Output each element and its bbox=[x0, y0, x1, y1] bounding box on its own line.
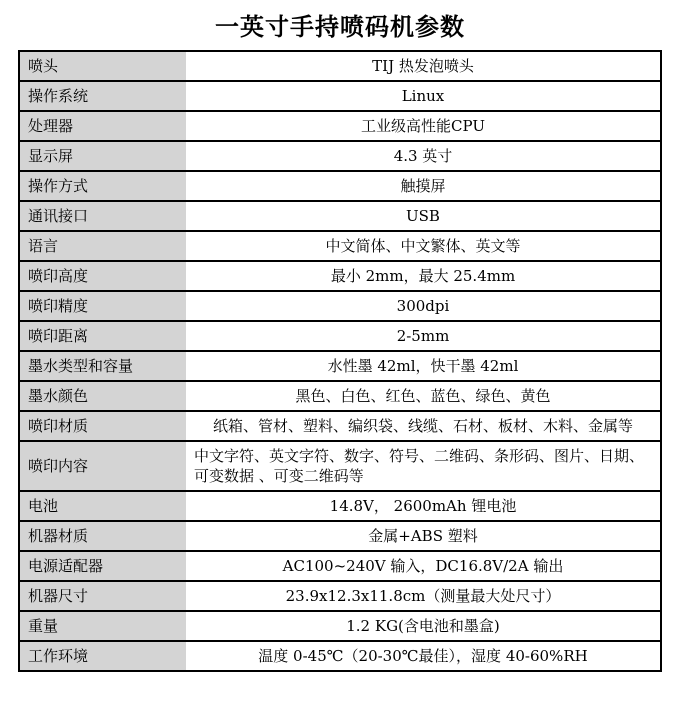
table-row: 喷印距离 2-5mm bbox=[19, 321, 661, 351]
spec-label-cell: 喷印材质 bbox=[19, 411, 186, 441]
spec-value-cell: 14.8V， 2600mAh 锂电池 bbox=[186, 491, 661, 521]
table-row: 喷印材质 纸箱、管材、塑料、编织袋、线缆、石材、板材、木料、金属等 bbox=[19, 411, 661, 441]
spec-label-cell: 通讯接口 bbox=[19, 201, 186, 231]
spec-value-cell: Linux bbox=[186, 81, 661, 111]
spec-label-cell: 喷印精度 bbox=[19, 291, 186, 321]
table-row: 喷印精度 300dpi bbox=[19, 291, 661, 321]
table-row: 电源适配器 AC100~240V 输入，DC16.8V/2A 输出 bbox=[19, 551, 661, 581]
spec-value-cell: 2-5mm bbox=[186, 321, 661, 351]
table-row: 工作环境 温度 0-45℃（20-30℃最佳），湿度 40-60%RH bbox=[19, 641, 661, 671]
spec-label-cell: 墨水颜色 bbox=[19, 381, 186, 411]
table-row: 重量 1.2 KG(含电池和墨盒) bbox=[19, 611, 661, 641]
spec-label-cell: 喷印高度 bbox=[19, 261, 186, 291]
spec-value-cell: 纸箱、管材、塑料、编织袋、线缆、石材、板材、木料、金属等 bbox=[186, 411, 661, 441]
spec-value-cell: 黑色、白色、红色、蓝色、绿色、黄色 bbox=[186, 381, 661, 411]
spec-label-cell: 操作系统 bbox=[19, 81, 186, 111]
spec-label-cell: 喷印距离 bbox=[19, 321, 186, 351]
table-row: 机器材质 金属+ABS 塑料 bbox=[19, 521, 661, 551]
spec-label-cell: 机器尺寸 bbox=[19, 581, 186, 611]
table-row: 显示屏 4.3 英寸 bbox=[19, 141, 661, 171]
table-row: 通讯接口 USB bbox=[19, 201, 661, 231]
spec-value-cell: AC100~240V 输入，DC16.8V/2A 输出 bbox=[186, 551, 661, 581]
spec-value-cell: 触摸屏 bbox=[186, 171, 661, 201]
table-row: 语言 中文简体、中文繁体、英文等 bbox=[19, 231, 661, 261]
table-row: 操作方式 触摸屏 bbox=[19, 171, 661, 201]
table-row: 操作系统 Linux bbox=[19, 81, 661, 111]
table-row: 喷印内容 中文字符、英文字符、数字、符号、二维码、条形码、图片、日期、可变数据 … bbox=[19, 441, 661, 491]
page: 一英寸手持喷码机参数 喷头 TIJ 热发泡喷头 操作系统 Linux 处理器 工… bbox=[0, 0, 680, 720]
spec-value-cell: 300dpi bbox=[186, 291, 661, 321]
spec-value-cell: USB bbox=[186, 201, 661, 231]
table-row: 电池 14.8V， 2600mAh 锂电池 bbox=[19, 491, 661, 521]
spec-value-cell: 4.3 英寸 bbox=[186, 141, 661, 171]
table-row: 喷头 TIJ 热发泡喷头 bbox=[19, 51, 661, 81]
spec-label-cell: 电源适配器 bbox=[19, 551, 186, 581]
spec-value-cell: 1.2 KG(含电池和墨盒) bbox=[186, 611, 661, 641]
table-row: 喷印高度 最小 2mm，最大 25.4mm bbox=[19, 261, 661, 291]
spec-value-cell: 水性墨 42ml，快干墨 42ml bbox=[186, 351, 661, 381]
spec-value-cell: 23.9x12.3x11.8cm（测量最大处尺寸） bbox=[186, 581, 661, 611]
spec-label-cell: 操作方式 bbox=[19, 171, 186, 201]
spec-label-cell: 语言 bbox=[19, 231, 186, 261]
spec-value-cell: 温度 0-45℃（20-30℃最佳），湿度 40-60%RH bbox=[186, 641, 661, 671]
spec-label-cell: 电池 bbox=[19, 491, 186, 521]
page-title: 一英寸手持喷码机参数 bbox=[0, 0, 680, 44]
spec-label-cell: 墨水类型和容量 bbox=[19, 351, 186, 381]
spec-value-cell: 最小 2mm，最大 25.4mm bbox=[186, 261, 661, 291]
spec-label-cell: 重量 bbox=[19, 611, 186, 641]
spec-value-cell: 金属+ABS 塑料 bbox=[186, 521, 661, 551]
spec-label-cell: 处理器 bbox=[19, 111, 186, 141]
spec-rows: 喷头 TIJ 热发泡喷头 操作系统 Linux 处理器 工业级高性能CPU 显示… bbox=[19, 51, 661, 671]
spec-label-cell: 喷头 bbox=[19, 51, 186, 81]
spec-label-cell: 机器材质 bbox=[19, 521, 186, 551]
table-row: 墨水类型和容量 水性墨 42ml，快干墨 42ml bbox=[19, 351, 661, 381]
spec-label-cell: 工作环境 bbox=[19, 641, 186, 671]
spec-table: 喷头 TIJ 热发泡喷头 操作系统 Linux 处理器 工业级高性能CPU 显示… bbox=[18, 50, 662, 672]
spec-label-cell: 显示屏 bbox=[19, 141, 186, 171]
spec-value-cell: 中文简体、中文繁体、英文等 bbox=[186, 231, 661, 261]
table-row: 墨水颜色 黑色、白色、红色、蓝色、绿色、黄色 bbox=[19, 381, 661, 411]
spec-value-cell: 工业级高性能CPU bbox=[186, 111, 661, 141]
table-row: 处理器 工业级高性能CPU bbox=[19, 111, 661, 141]
table-row: 机器尺寸 23.9x12.3x11.8cm（测量最大处尺寸） bbox=[19, 581, 661, 611]
spec-label-cell: 喷印内容 bbox=[19, 441, 186, 491]
spec-value-cell: 中文字符、英文字符、数字、符号、二维码、条形码、图片、日期、可变数据 、可变二维… bbox=[186, 441, 661, 491]
spec-value-cell: TIJ 热发泡喷头 bbox=[186, 51, 661, 81]
